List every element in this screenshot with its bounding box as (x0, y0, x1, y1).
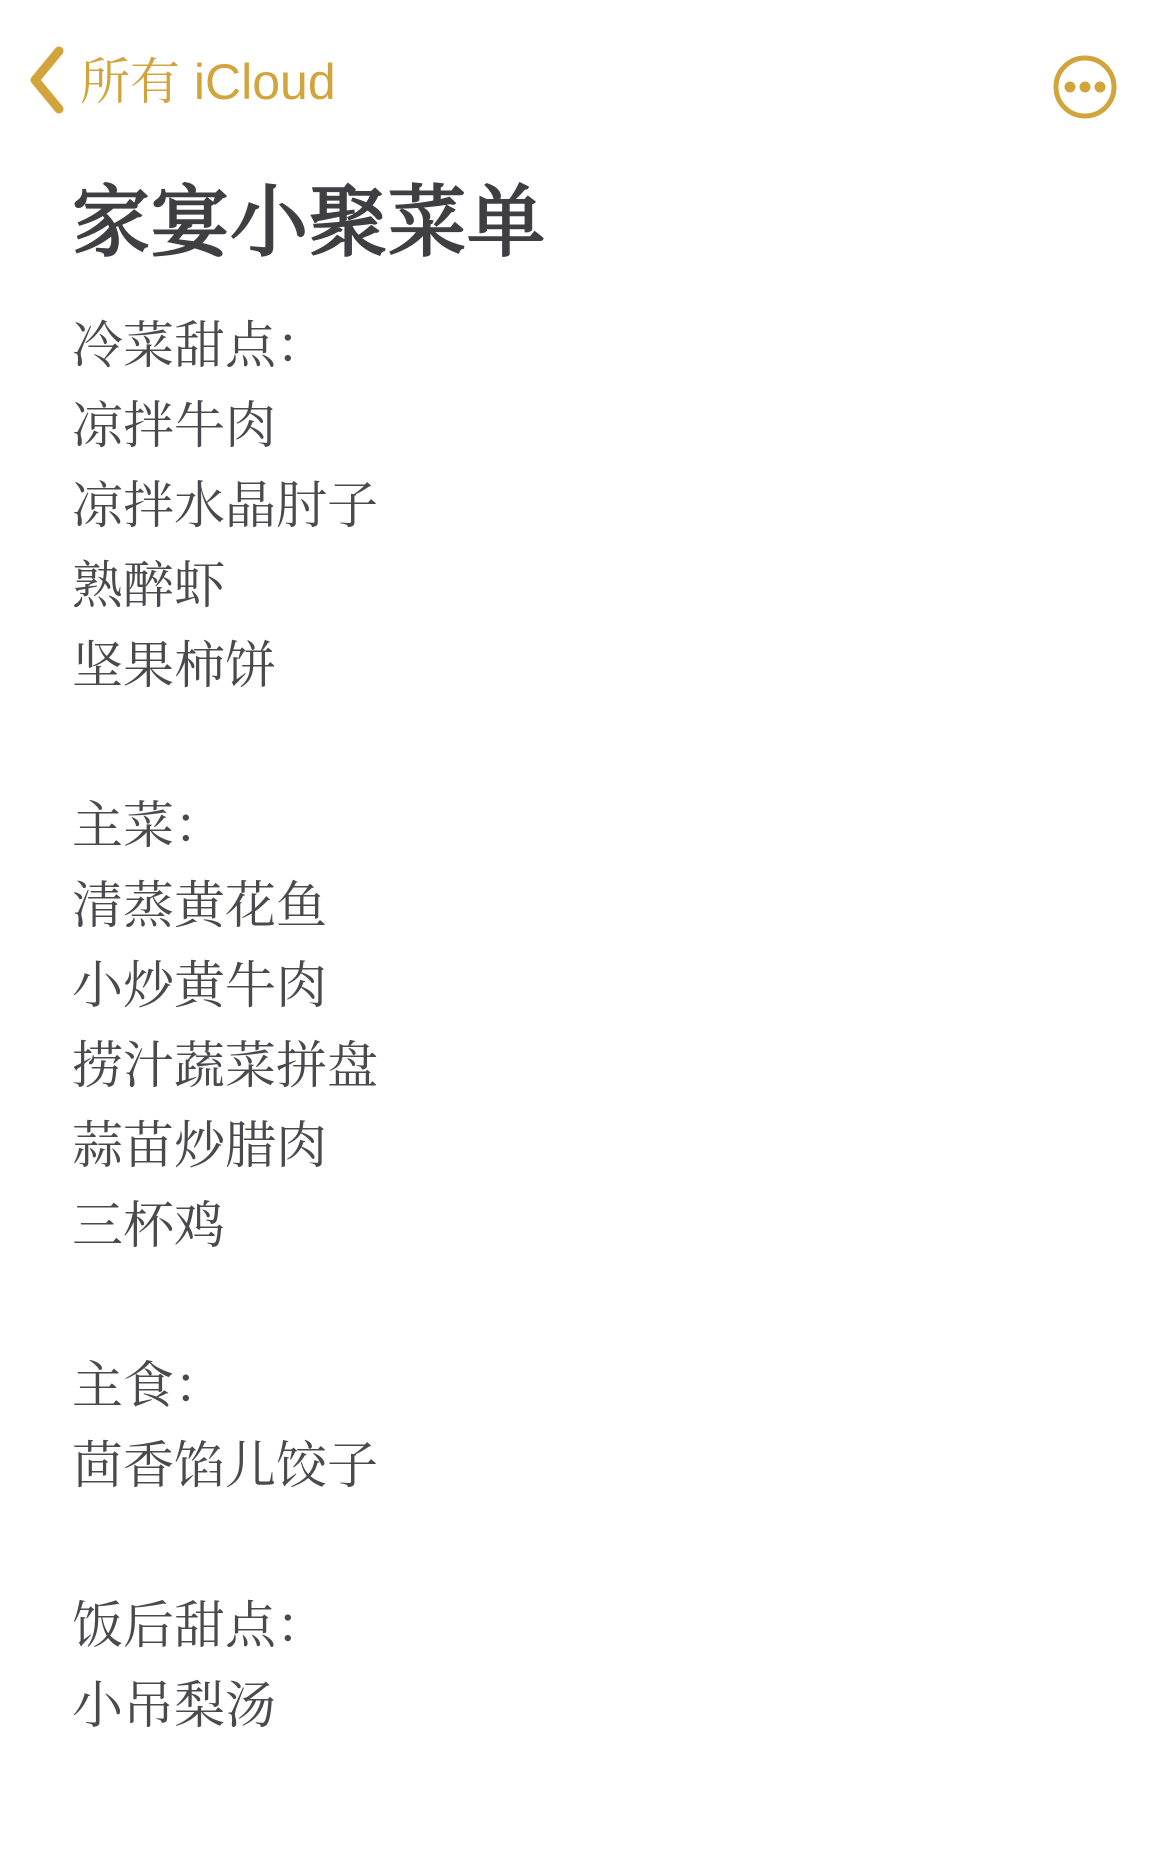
note-line[interactable]: 熟醉虾 (72, 546, 1098, 626)
more-options-button[interactable] (1052, 54, 1118, 120)
note-line[interactable]: 清蒸黄花鱼 (72, 866, 1098, 946)
note-line[interactable]: 小炒黄牛肉 (72, 946, 1098, 1026)
back-button[interactable]: 所有 iCloud (28, 46, 336, 117)
note-line[interactable]: 小吊梨汤 (72, 1666, 1098, 1746)
note-line[interactable]: 凉拌牛肉 (72, 386, 1098, 466)
note-line[interactable]: 坚果柿饼 (72, 626, 1098, 706)
ellipsis-circle-icon (1052, 108, 1118, 123)
back-button-label: 所有 iCloud (80, 49, 336, 115)
note-title[interactable]: 家宴小聚菜单 (72, 172, 1098, 272)
navigation-bar: 所有 iCloud (0, 0, 1170, 128)
note-line[interactable]: 主食： (72, 1346, 1098, 1426)
note-body[interactable]: 冷菜甜点：凉拌牛肉凉拌水晶肘子熟醉虾坚果柿饼主菜：清蒸黄花鱼小炒黄牛肉捞汁蔬菜拼… (72, 306, 1098, 1746)
note-line[interactable]: 凉拌水晶肘子 (72, 466, 1098, 546)
notes-app-screen: 所有 iCloud 家宴小聚菜单 冷菜甜点：凉拌牛肉凉拌水晶肘子熟醉虾坚果柿饼主… (0, 0, 1170, 1864)
note-line[interactable] (72, 706, 1098, 786)
note-line[interactable]: 茴香馅儿饺子 (72, 1426, 1098, 1506)
note-line[interactable] (72, 1506, 1098, 1586)
note-line[interactable]: 捞汁蔬菜拼盘 (72, 1026, 1098, 1106)
note-line[interactable]: 冷菜甜点： (72, 306, 1098, 386)
note-editor[interactable]: 家宴小聚菜单 冷菜甜点：凉拌牛肉凉拌水晶肘子熟醉虾坚果柿饼主菜：清蒸黄花鱼小炒黄… (0, 172, 1170, 1746)
note-line[interactable]: 饭后甜点： (72, 1586, 1098, 1666)
chevron-left-icon (28, 46, 66, 117)
note-line[interactable]: 三杯鸡 (72, 1186, 1098, 1266)
note-line[interactable]: 主菜： (72, 786, 1098, 866)
note-line[interactable]: 蒜苗炒腊肉 (72, 1106, 1098, 1186)
note-line[interactable] (72, 1266, 1098, 1346)
